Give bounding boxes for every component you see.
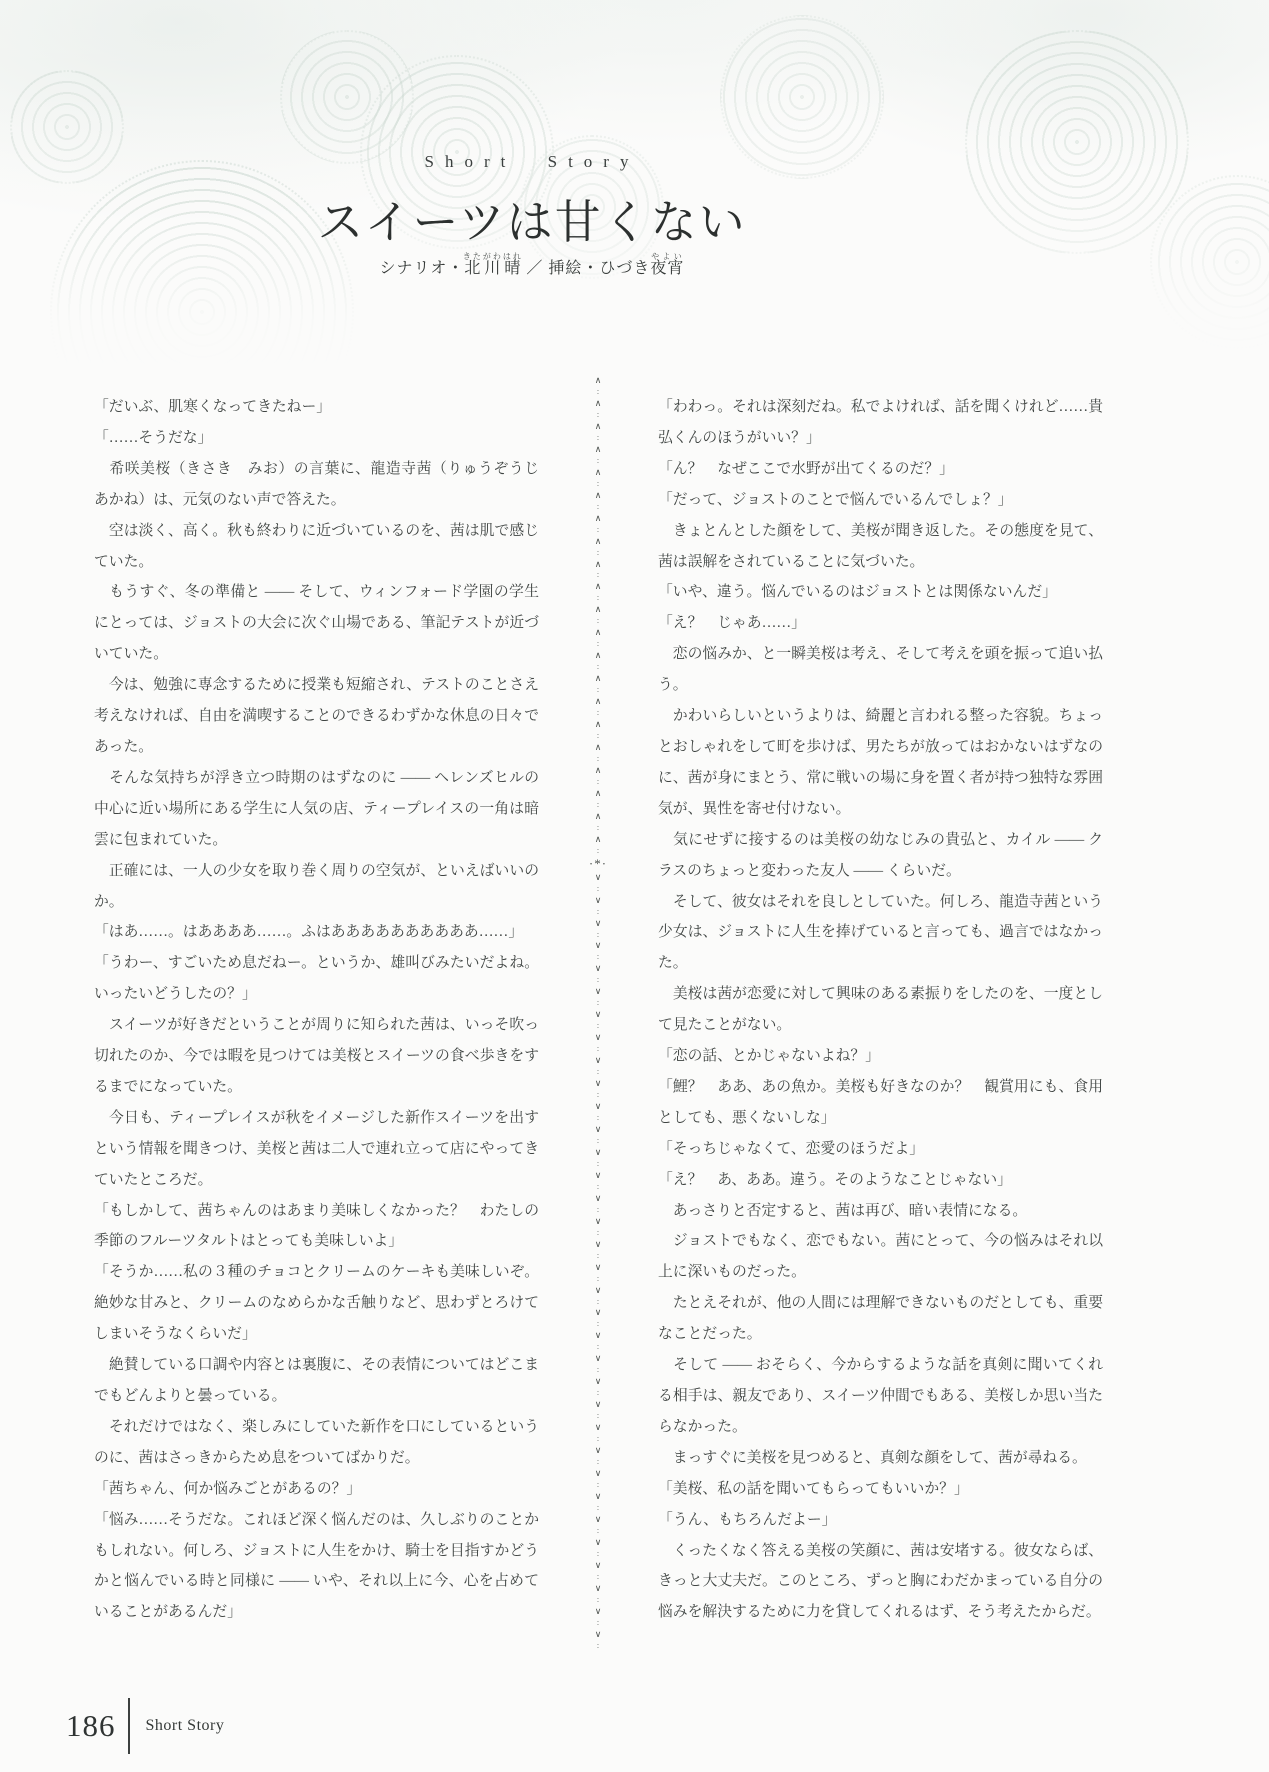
story-paragraph: 「茜ちゃん、何か悩みごとがあるの？」: [94, 1474, 539, 1505]
divider-glyph: :: [597, 1022, 599, 1030]
divider-glyph: ∨: [595, 1492, 602, 1501]
divider-glyph: :: [597, 885, 599, 893]
divider-glyph: ∨: [595, 964, 602, 973]
divider-glyph: :: [597, 411, 599, 419]
scenario-credit: 北川晴きたがわはれ: [464, 260, 521, 277]
divider-glyph: ∨: [595, 1148, 602, 1157]
divider-glyph: :: [597, 686, 599, 694]
story-paragraph: 気にせずに接するのは美桜の幼なじみの貴弘と、カイル ―― クラスのちょっと変わっ…: [658, 825, 1103, 887]
divider-glyph: ∨: [595, 1515, 602, 1524]
credits-separator: ／: [521, 260, 548, 277]
divider-glyph: :: [597, 1275, 599, 1283]
divider-glyph: ∨: [595, 1033, 602, 1042]
divider-glyph: ∧: [595, 491, 602, 500]
story-paragraph: ジョストでもなく、恋でもない。茜にとって、今の悩みはそれ以上に深いものだった。: [658, 1226, 1103, 1288]
divider-glyph: ∨: [595, 919, 602, 928]
story-paragraph: 「だいぶ、肌寒くなってきたねー」: [94, 392, 539, 423]
story-paragraph: そんな気持ちが浮き立つ時期のはずなのに ―― ヘレンズヒルの中心に近い場所にある…: [94, 763, 539, 856]
divider-glyph: ∧: [595, 537, 602, 546]
scenario-label: シナリオ・: [380, 260, 465, 277]
story-paragraph: 今は、勉強に専念するために授業も短縮され、テストのことさえ考えなければ、自由を満…: [94, 670, 539, 763]
divider-glyph: ∨: [595, 1469, 602, 1478]
divider-glyph: ∨: [595, 1400, 602, 1409]
divider-glyph: :: [597, 1550, 599, 1558]
divider-glyph: ∧: [595, 697, 602, 706]
divider-glyph: ∧: [595, 605, 602, 614]
divider-glyph: :: [597, 480, 599, 488]
divider-glyph: ∨: [595, 1102, 602, 1111]
divider-glyph: ∨: [595, 1423, 602, 1432]
story-paragraph: 希咲美桜（きさき みお）の言葉に、龍造寺茜（りゅうぞうじ あかね）は、元気のない…: [94, 454, 539, 516]
illustrator-credit: 夜宵やよい: [650, 260, 684, 277]
story-title: スイーツは甘くない: [0, 186, 1064, 252]
story-paragraph: 絶賛している口調や内容とは裏腹に、その表情についてはどこまでもどんよりと曇ってい…: [94, 1350, 539, 1412]
lace-doily: [1150, 175, 1269, 349]
divider-glyph: ∨: [595, 1263, 602, 1272]
divider-glyph: :: [597, 526, 599, 534]
footer-section-label: Short Story: [146, 1717, 225, 1735]
divider-glyph: :: [597, 663, 599, 671]
divider-glyph: :: [597, 1573, 599, 1581]
story-kicker: Short Story: [0, 152, 1064, 172]
divider-glyph: ∨: [595, 1561, 602, 1570]
story-paragraph: 「……そうだな」: [94, 423, 539, 454]
credits-line: シナリオ・北川晴きたがわはれ ／ 挿絵・ひづき夜宵やよい: [0, 252, 1064, 278]
divider-glyph: ∨: [595, 1010, 602, 1019]
divider-glyph: ∧: [595, 835, 602, 844]
divider-glyph: ∨: [595, 873, 602, 882]
story-paragraph: 「もしかして、茜ちゃんのはあまり美味しくなかった？ わたしの季節のフルーツタルト…: [94, 1196, 539, 1258]
divider-glyph: :: [597, 1091, 599, 1099]
story-paragraph: 「ん？ なぜここで水野が出てくるのだ？」: [658, 454, 1103, 485]
divider-glyph: :: [597, 999, 599, 1007]
story-paragraph: 「そうか……私の３種のチョコとクリームのケーキも美味しいぞ。絶妙な甘みと、クリー…: [94, 1257, 539, 1350]
divider-glyph: :: [597, 1412, 599, 1420]
story-paragraph: 「はあ……。はああああ……。ふはああああああああああ……」: [94, 917, 539, 948]
divider-glyph: :: [597, 1206, 599, 1214]
divider-glyph: ∧: [595, 743, 602, 752]
divider-glyph: ∨: [595, 1308, 602, 1317]
story-paragraph: 「悩み……そうだな。これほど深く悩んだのは、久しぶりのことかもしれない。何しろ、…: [94, 1505, 539, 1629]
story-paragraph: 「え？ あ、ああ。違う。そのようなことじゃない」: [658, 1165, 1103, 1196]
divider-glyph: ∨: [595, 1286, 602, 1295]
divider-glyph: ∧: [595, 720, 602, 729]
illustrator-ruby: やよい: [650, 252, 684, 261]
divider-glyph: :: [597, 617, 599, 625]
divider-glyph: ∨: [595, 1194, 602, 1203]
divider-glyph: :: [597, 1389, 599, 1397]
divider-glyph: :: [597, 640, 599, 648]
footer-divider-line: [128, 1698, 130, 1754]
right-column: 「わわっ。それは深刻だね。私でよければ、話を聞くけれど……貴弘くんのほうがいい？…: [658, 392, 1103, 1628]
story-paragraph: そして ―― おそらく、今からするような話を真剣に聞いてくれる相手は、親友であり…: [658, 1350, 1103, 1443]
story-paragraph: 「恋の話、とかじゃないよね？」: [658, 1041, 1103, 1072]
divider-glyph: ∧: [595, 766, 602, 775]
divider-glyph: :: [597, 1045, 599, 1053]
divider-glyph: :: [597, 1596, 599, 1604]
lace-doily: [280, 30, 414, 164]
story-paragraph: 「そっちじゃなくて、恋愛のほうだよ」: [658, 1134, 1103, 1165]
divider-glyph: :: [597, 1183, 599, 1191]
divider-glyph: ∨: [595, 941, 602, 950]
divider-glyph: ∨: [595, 1125, 602, 1134]
divider-glyph: :: [597, 1504, 599, 1512]
divider-glyph: ∨: [595, 1079, 602, 1088]
scenario-name: 北川晴: [463, 260, 523, 277]
divider-glyph: :: [597, 801, 599, 809]
illustration-label: 挿絵・ひづき: [548, 260, 650, 277]
divider-glyph: ∧: [595, 628, 602, 637]
divider-glyph: ∧: [595, 376, 602, 385]
divider-glyph: :: [597, 847, 599, 855]
divider-glyph: :: [597, 1252, 599, 1260]
story-paragraph: きょとんとした顔をして、美桜が聞き返した。その態度を見て、茜は誤解をされているこ…: [658, 516, 1103, 578]
divider-glyph: ∨: [595, 1331, 602, 1340]
divider-glyph: ∧: [595, 789, 602, 798]
divider-glyph: ∧: [595, 560, 602, 569]
page-number: 186: [66, 1708, 116, 1744]
divider-glyph: ∨: [595, 1056, 602, 1065]
story-paragraph: 「だって、ジョストのことで悩んでいるんでしょ？」: [658, 485, 1103, 516]
divider-glyph: ∨: [595, 896, 602, 905]
book-page: Short Story スイーツは甘くない シナリオ・北川晴きたがわはれ ／ 挿…: [0, 0, 1269, 1772]
story-paragraph: 美桜は茜が恋愛に対して興味のある素振りをしたのを、一度として見たことがない。: [658, 979, 1103, 1041]
divider-glyph: :: [597, 908, 599, 916]
divider-glyph: :: [597, 1343, 599, 1351]
divider-glyph: ∧: [595, 651, 602, 660]
divider-glyph: ∧: [595, 514, 602, 523]
divider-glyph: :: [597, 1481, 599, 1489]
story-paragraph: スイーツが好きだということが周りに知られた茜は、いっそ吹っ切れたのか、今では暇を…: [94, 1010, 539, 1103]
story-paragraph: 恋の悩みか、と一瞬美桜は考え、そして考えを頭を振って追い払う。: [658, 639, 1103, 701]
divider-glyph: :: [597, 1458, 599, 1466]
divider-glyph: :: [597, 732, 599, 740]
divider-glyph: :: [597, 1137, 599, 1145]
divider-glyph: ∨: [595, 1240, 602, 1249]
story-paragraph: 「え？ じゃあ……」: [658, 608, 1103, 639]
story-paragraph: 「わわっ。それは深刻だね。私でよければ、話を聞くけれど……貴弘くんのほうがいい？…: [658, 392, 1103, 454]
divider-glyph: ∨: [595, 1354, 602, 1363]
divider-glyph: :: [597, 1435, 599, 1443]
divider-glyph: ∧: [595, 582, 602, 591]
story-paragraph: 「美桜、私の話を聞いてもらってもいいか？」: [658, 1474, 1103, 1505]
story-paragraph: そして、彼女はそれを良しとしていた。何しろ、龍造寺茜という少女は、ジョストに人生…: [658, 887, 1103, 980]
lace-decoration: [0, 0, 1269, 370]
scenario-ruby: きたがわはれ: [463, 252, 523, 261]
divider-glyph: :: [597, 1229, 599, 1237]
story-paragraph: 今日も、ティープレイスが秋をイメージした新作スイーツを出すという情報を聞きつけ、…: [94, 1103, 539, 1196]
story-paragraph: 「うん、もちろんだよー」: [658, 1505, 1103, 1536]
divider-glyph: ∨: [595, 1217, 602, 1226]
divider-glyph: :: [597, 571, 599, 579]
left-column: 「だいぶ、肌寒くなってきたねー」「……そうだな」 希咲美桜（きさき みお）の言葉…: [94, 392, 539, 1628]
divider-glyph: ∧: [595, 445, 602, 454]
story-paragraph: それだけではなく、楽しみにしていた新作を口にしているというのに、茜はさっきからた…: [94, 1412, 539, 1474]
story-paragraph: まっすぐに美桜を見つめると、真剣な顔をして、茜が尋ねる。: [658, 1443, 1103, 1474]
divider-glyph: :: [597, 503, 599, 511]
divider-glyph: :: [597, 1298, 599, 1306]
story-paragraph: もうすぐ、冬の準備と ―― そして、ウィンフォード学園の学生にとっては、ジョスト…: [94, 577, 539, 670]
divider-glyph: :: [597, 755, 599, 763]
story-paragraph: あっさりと否定すると、茜は再び、暗い表情になる。: [658, 1196, 1103, 1227]
story-paragraph: 「鯉？ ああ、あの魚か。美桜も好きなのか？ 観賞用にも、食用としても、悪くないし…: [658, 1072, 1103, 1134]
divider-glyph: :: [597, 1320, 599, 1328]
story-paragraph: 「いや、違う。悩んでいるのはジョストとは関係ないんだ」: [658, 577, 1103, 608]
divider-glyph: ∨: [595, 1630, 602, 1639]
divider-glyph: :: [597, 824, 599, 832]
column-divider: ∧:∧:∧:∧:∧:∧:∧:∧:∧:∧:∧:∧:∧:∧:∧:∧:∧:∧:∧:∧:…: [589, 376, 607, 1650]
divider-glyph: ∧: [595, 422, 602, 431]
story-paragraph: たとえそれが、他の人間には理解できないものだとしても、重要なことだった。: [658, 1288, 1103, 1350]
illustrator-name: 夜宵: [650, 260, 684, 277]
divider-glyph: ∧: [595, 674, 602, 683]
divider-glyph: ∨: [595, 987, 602, 996]
story-paragraph: くったくなく答える美桜の笑顔に、茜は安堵する。彼女ならば、きっと大丈夫だ。このと…: [658, 1536, 1103, 1629]
divider-glyph: :: [597, 709, 599, 717]
divider-glyph: :: [597, 1068, 599, 1076]
story-paragraph: 正確には、一人の少女を取り巻く周りの空気が、といえばいいのか。: [94, 856, 539, 918]
story-paragraph: 「うわー、すごいため息だねー。というか、雄叫びみたいだよね。いったいどうしたの？…: [94, 948, 539, 1010]
divider-glyph: :: [597, 1619, 599, 1627]
divider-glyph: :: [597, 953, 599, 961]
divider-glyph: :: [597, 778, 599, 786]
divider-glyph: :: [597, 1642, 599, 1650]
story-paragraph: かわいらしいというよりは、綺麗と言われる整った容貌。ちょっとおしゃれをして町を歩…: [658, 701, 1103, 825]
divider-glyph: ∨: [595, 1584, 602, 1593]
divider-glyph: :: [597, 1114, 599, 1122]
divider-glyph: ∨: [595, 1171, 602, 1180]
divider-glyph: ∧: [595, 812, 602, 821]
divider-glyph: :: [597, 1366, 599, 1374]
divider-glyph: ∨: [595, 1377, 602, 1386]
divider-glyph: ∨: [595, 1538, 602, 1547]
divider-glyph: :: [597, 457, 599, 465]
divider-glyph: :: [597, 976, 599, 984]
divider-glyph: :: [597, 434, 599, 442]
divider-ornament: ·*·: [589, 858, 607, 870]
divider-glyph: ∧: [595, 399, 602, 408]
divider-glyph: :: [597, 549, 599, 557]
divider-glyph: ∨: [595, 1607, 602, 1616]
divider-glyph: :: [597, 931, 599, 939]
divider-glyph: :: [597, 1527, 599, 1535]
divider-glyph: ∨: [595, 1446, 602, 1455]
page-footer: 186 Short Story: [66, 1696, 224, 1756]
divider-glyph: :: [597, 594, 599, 602]
story-paragraph: 空は淡く、高く。秋も終わりに近づいているのを、茜は肌で感じていた。: [94, 516, 539, 578]
divider-glyph: :: [597, 388, 599, 396]
divider-glyph: :: [597, 1160, 599, 1168]
divider-glyph: ∧: [595, 468, 602, 477]
